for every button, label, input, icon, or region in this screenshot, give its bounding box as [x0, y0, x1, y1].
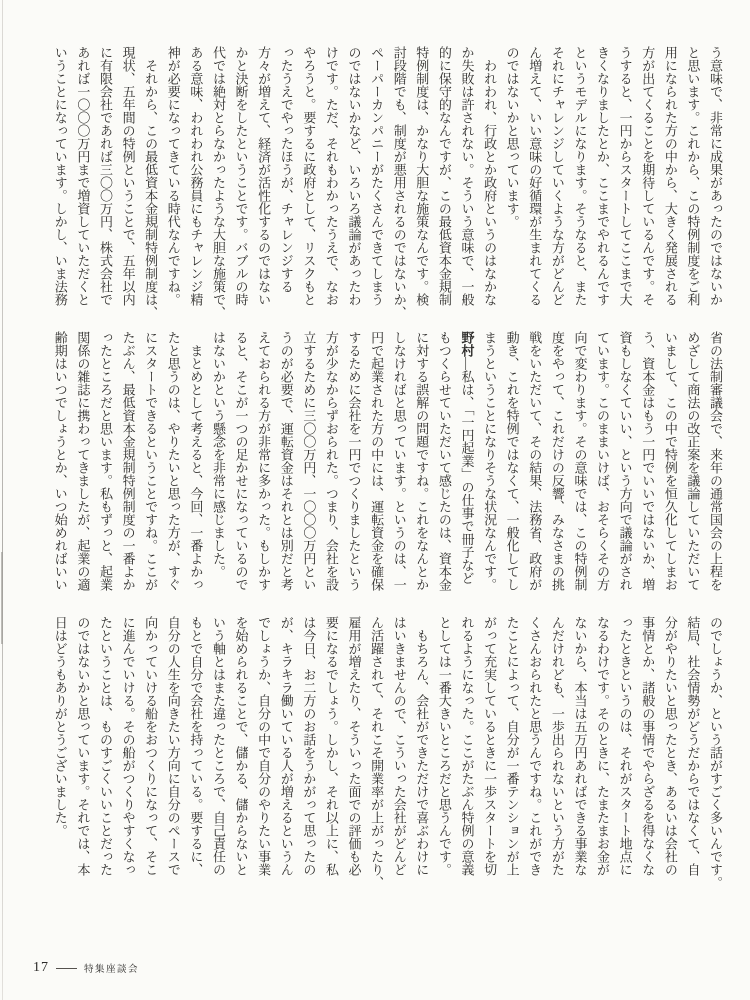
- text-column: 野村―私は、「一円起業」の仕事で冊子など: [455, 331, 478, 591]
- text-column: 向かっていける船をおつくりになって、そこ: [139, 616, 162, 876]
- text-column: それにチャレンジしていくような方がどんど: [545, 46, 568, 306]
- text-column: は今日、お二方のお話をうかがって思ったの: [297, 616, 320, 876]
- text-column: 分がやりたいと思ったとき、あるいは会社の: [658, 616, 681, 876]
- text-column: くさんおられたと思うんですね。これができ: [523, 616, 546, 876]
- text-column: 的に保守的なんですが、この最低資本金規制: [432, 46, 455, 306]
- text-column: 日はどうもありがとうございました。: [48, 616, 71, 876]
- text-column: 度をやって、これだけの反響、みなさまの挑: [545, 331, 568, 591]
- text-band-top: う意味で、非常に成果があったのではないかと思います。これから、この特例制度をご利…: [48, 46, 726, 306]
- text-column: が、キラキラ働いている人が増えるというん: [274, 616, 297, 876]
- text-column: を始められることで、儲かる、儲からないと: [229, 616, 252, 876]
- text-column: うすると、一円からスタートしてここまで大: [613, 46, 636, 306]
- text-column: のではないかなど、いろいろ議論があったわ: [342, 46, 365, 306]
- text-column: れるようになった。ここがたぶん特例の意義: [455, 616, 478, 876]
- text-column: 現状、五年間の特例ということで、五年以内: [116, 46, 139, 306]
- text-column: 特例制度は、かなり大胆な施策なんです。検: [410, 46, 433, 306]
- page-number: 17: [33, 960, 49, 976]
- text-column: かと決断をしたということです。バブルの時: [229, 46, 252, 306]
- text-column: たということは、ものすごくいいことだった: [93, 616, 116, 876]
- text-column: 要になるでしょう。しかし、それ以上に、私: [319, 616, 342, 876]
- section-title: 特集座談会: [84, 961, 139, 975]
- text-column: ん活躍されて、それこそ開業率が上がったり、: [365, 616, 388, 876]
- text-column: ったときというのは、それがスタート地点に: [613, 616, 636, 876]
- text-column: 神が必要になってきている時代なんですね。: [161, 46, 184, 306]
- text-column: 戦をいただいて、その結果、法務省、政府が: [523, 331, 546, 591]
- text-column: けです。ただ、それもわかったうえで、なお: [319, 46, 342, 306]
- text-column: に有限会社であれば三〇〇万円、株式会社で: [93, 46, 116, 306]
- text-column: としては一番大きいところだと思うんです。: [432, 616, 455, 876]
- text-column: う意味で、非常に成果があったのではないか: [703, 46, 726, 306]
- text-column: がって充実しているときに一歩スタートを切: [477, 616, 500, 876]
- text-column: に進んでいける。その船がつくりやすくなっ: [116, 616, 139, 876]
- text-column: まうということになりそうな状況なんです。: [477, 331, 500, 591]
- text-column: いまして、この中で特例を恒久化してしまお: [658, 331, 681, 591]
- text-column: 動き、これを特例ではなくて、一般化してし: [500, 331, 523, 591]
- text-column: もちろん、会社ができただけで喜ぶわけに: [410, 616, 433, 876]
- text-column: と思います。これから、この特例制度をご利: [681, 46, 704, 306]
- text-column: たと思うのは、やりたいと思った方が、すぐ: [161, 331, 184, 591]
- text-column: 事情とか、諸般の事情でやらざるを得なくな: [636, 616, 659, 876]
- text-column: 齢期はいつでしょうとか、いつ始めればいい: [48, 331, 71, 591]
- text-column: 立するために三〇〇万円、一〇〇〇万円とい: [297, 331, 320, 591]
- text-column: えておられる方が非常に多かった。もしかす: [252, 331, 275, 591]
- text-column: う、資本金はもう一円でいいではないか、増: [636, 331, 659, 591]
- text-column: のではないかと思っています。それでは、本: [71, 616, 94, 876]
- text-column: にスタートできるということですね。ここが: [139, 331, 162, 591]
- scan-edge-mark: [1, 552, 3, 644]
- text-band-middle: 省の法制審議会で、来年の通常国会の上程をめざして商法の改正案を議論していただいて…: [48, 331, 726, 591]
- text-column: するために会社を一円でつくりましたという: [342, 331, 365, 591]
- text-column: なるわけです。そのときに、たまたまお金が: [590, 616, 613, 876]
- text-column: 円で起業された方の中には、運転資金を確保: [365, 331, 388, 591]
- text-column: 雇用が増えたり、そういった面での評価も必: [342, 616, 365, 876]
- text-column: もつくらせていただいて感じたのは、資本金: [432, 331, 455, 591]
- text-column: うのが必要で、運転資金はそれとは別だと考: [274, 331, 297, 591]
- text-column: ています。このままいけば、おそらくその方: [590, 331, 613, 591]
- text-column: 討段階でも、制度が悪用されるのではないか、: [387, 46, 410, 306]
- text-column: いうことになっています。しかし、いま法務: [48, 46, 71, 306]
- text-column: 向で変わります。その意味では、この特例制: [568, 331, 591, 591]
- magazine-page: う意味で、非常に成果があったのではないかと思います。これから、この特例制度をご利…: [0, 0, 750, 1000]
- text-column: ないから、本当は五万円あればできる事業な: [568, 616, 591, 876]
- text-column: ある意味、われわれ公務員にもチャレンジ精: [184, 46, 207, 306]
- text-column: んだけれども、一歩出られないという方がた: [545, 616, 568, 876]
- text-column: ったところだと思います。私もずっと、起業: [93, 331, 116, 591]
- text-column: はいきませんので、こういった会社がどんど: [387, 616, 410, 876]
- footer-rule: [56, 968, 77, 969]
- text-column: に対する誤解の問題ですね。これをなんとか: [410, 331, 433, 591]
- text-column: ると、そこが一つの足かせになっているので: [229, 331, 252, 591]
- text-column: しなければと思っています。というのは、一: [387, 331, 410, 591]
- text-column: 方が出てくることを期待しているんです。そ: [636, 46, 659, 306]
- text-band-bottom: のでしょうか、という話がすごく多いんです。結局、社会情勢がどうだからではなくて、…: [48, 616, 726, 876]
- text-column: ん増えて、いい意味の好循環が生まれてくる: [523, 46, 546, 306]
- text-column: 省の法制審議会で、来年の通常国会の上程を: [703, 331, 726, 591]
- text-column: 代では絶対とらなかったような大胆な施策で、: [206, 46, 229, 306]
- text-column: 関係の雑誌に携わってきましたが、起業の適: [71, 331, 94, 591]
- text-column: それから、この最低資本金規制特例制度は、: [139, 46, 162, 306]
- text-column: たぶん、最低資本金規制特例制度の一番よか: [116, 331, 139, 591]
- text-column: 資もしなくていい、という方向で議論がされ: [613, 331, 636, 591]
- speaker-name: 野村: [459, 331, 474, 357]
- text-column: のでしょうか、という話がすごく多いんです。: [703, 616, 726, 876]
- text-column: ったうえでやったほうが、チャレンジする: [274, 46, 297, 306]
- text-column: のではないかと思っています。: [500, 46, 523, 306]
- text-column: まとめとして考えると、今回、一番よかっ: [184, 331, 207, 591]
- scan-edge-line: [2, 0, 3, 1000]
- text-column: めざして商法の改正案を議論していただいて: [681, 331, 704, 591]
- text-column: きくなりましたとか、ここまでやれるんです: [590, 46, 613, 306]
- text-column: あれば一〇〇〇万円まで増資していただくと: [71, 46, 94, 306]
- text-column: 方々が増えて、経済が活性化するのではない: [252, 46, 275, 306]
- text-column: というモデルになります。そうなると、また: [568, 46, 591, 306]
- text-column: われわれ、行政とか政府というのはなかな: [477, 46, 500, 306]
- text-column: はないかという懸念を非常に感じました。: [206, 331, 229, 591]
- text-column: ペーパーカンパニーがたくさんできてしまう: [365, 46, 388, 306]
- text-column: いう軸とはまた違ったところで、自己責任の: [206, 616, 229, 876]
- page-footer: 17 特集座談会: [33, 960, 139, 976]
- text-column: でしょうか、自分の中で自分のやりたい事業: [252, 616, 275, 876]
- text-column: たことによって、自分が一番テンションが上: [500, 616, 523, 876]
- text-column: か失敗は許されない。そういう意味で、一般: [455, 46, 478, 306]
- text-column: 結局、社会情勢がどうだからではなくて、自: [681, 616, 704, 876]
- text-column: やろうと。要するに政府として、リスクもと: [297, 46, 320, 306]
- text-column: 方が少なからずおられた。つまり、会社を設: [319, 331, 342, 591]
- text-column: 用になられた方の中から、大きく発展される: [658, 46, 681, 306]
- text-column: もとで自分で会社を持っている。要するに、: [184, 616, 207, 876]
- text-column: 自分の人生を向きたい方向に自分のペースで: [161, 616, 184, 876]
